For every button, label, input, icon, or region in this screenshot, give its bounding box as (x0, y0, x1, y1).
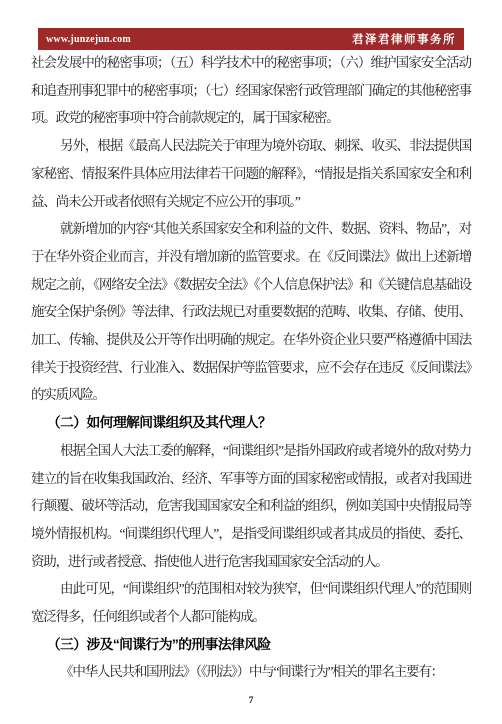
page-number: 7 (0, 696, 502, 706)
section-heading-spy-organization: （二）如何理解间谍组织及其代理人？ (31, 409, 471, 437)
paragraph-supreme-court-interpretation: 另外，根据《最高人民法院关于审理为境外窃取、刺探、收买、非法提供国家秘密、情报案… (31, 132, 471, 215)
section-heading-criminal-risk: （三）涉及“间谍行为”的刑事法律风险 (31, 631, 471, 659)
document-page: www.junzejun.com 君泽君律师事务所 社会发展中的秘密事项；（五）… (0, 0, 502, 724)
paragraph-secret-items-continued: 社会发展中的秘密事项；（五）科学技术中的秘密事项；（六）维护国家安全活动和追查刑… (31, 49, 471, 132)
header-bar: www.junzejun.com 君泽君律师事务所 (38, 28, 464, 50)
header-website-text: www.junzejun.com (46, 34, 131, 45)
header-firm-name: 君泽君律师事务所 (352, 31, 456, 47)
paragraph-scope-comparison: 由此可见，“间谍组织”的范围相对较为狭窄，但“间谍组织代理人”的范围则宽泛得多，… (31, 575, 471, 630)
document-body: 社会发展中的秘密事项；（五）科学技术中的秘密事项；（六）维护国家安全活动和追查刑… (31, 49, 471, 686)
paragraph-new-content-regulation: 就新增加的内容“其他关系国家安全和利益的文件、数据、资料、物品”，对于在华外资企… (31, 215, 471, 409)
paragraph-spy-organization-definition: 根据全国人大法工委的解释，“间谍组织”是指外国政府或者境外的敌对势力建立的旨在收… (31, 437, 471, 576)
paragraph-criminal-law-intro: 《中华人民共和国刑法》（《刑法》）中与“间谍行为”相关的罪名主要有： (31, 658, 471, 686)
